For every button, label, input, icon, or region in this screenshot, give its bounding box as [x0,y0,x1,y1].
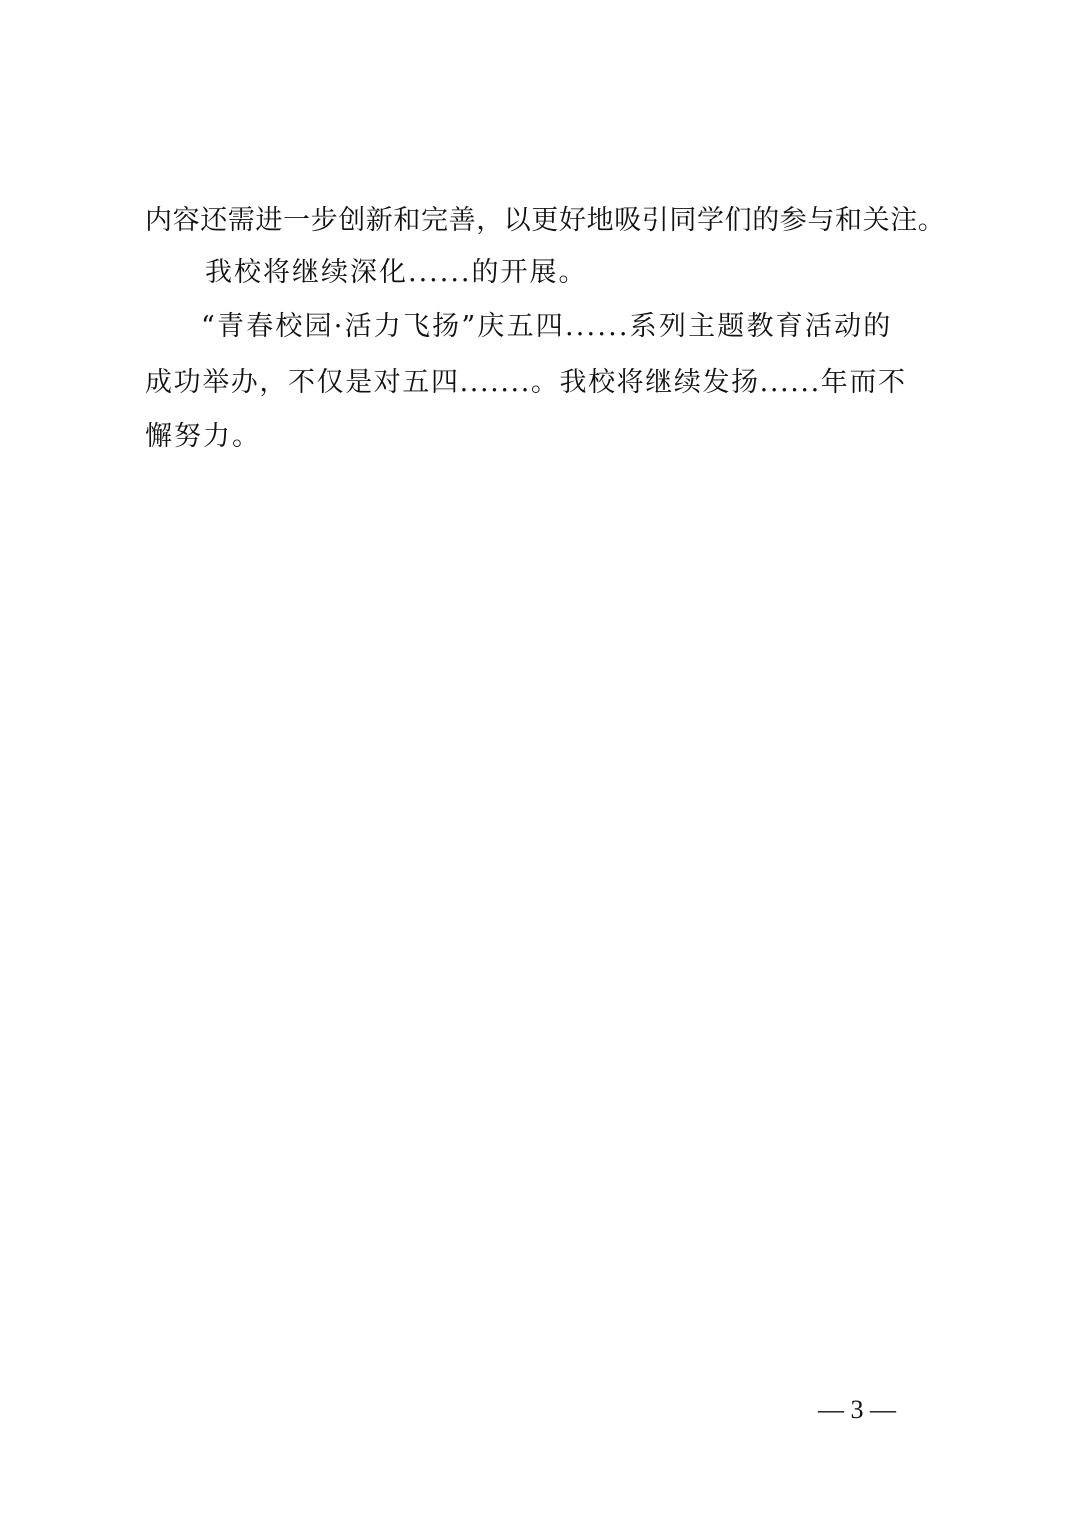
paragraph-1-line-1: 内容还需进一步创新和完善，以更好地吸引同学们的参与和关注。 [145,196,945,246]
paragraph-2-line-1: 我校将继续深化......的开展。 [205,248,588,298]
page-number: — 3 — [818,1390,896,1430]
paragraph-3-line-3: 懈努力。 [145,412,261,462]
paragraph-3-line-1: “青春校园·活力飞扬”庆五四......系列主题教育活动的 [201,302,892,352]
paragraph-3-line-2: 成功举办，不仅是对五四.......。我校将继续发扬......年而不 [145,358,907,408]
